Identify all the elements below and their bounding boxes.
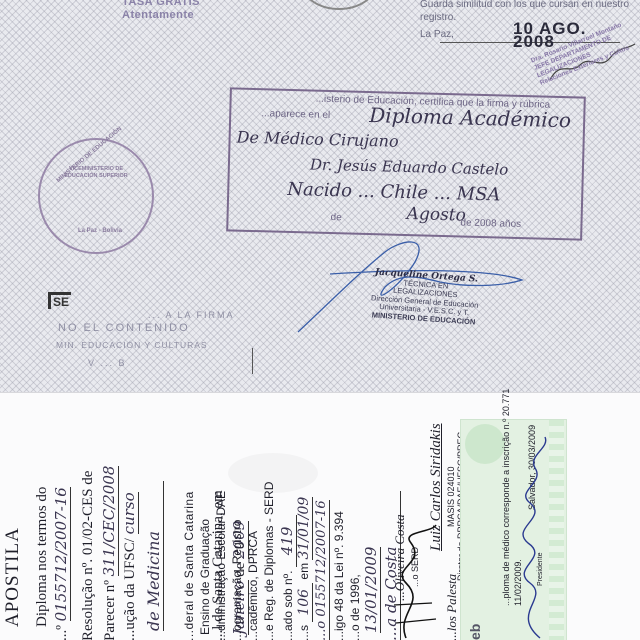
stamp-printed-year: de 2008 años [460,217,521,230]
printed-text: ...s [297,625,311,640]
apostila-line-1: Diploma nos termos do [34,487,51,627]
handwritten-course: curso [120,492,139,534]
stamp-printed-line: ...aparece en el [261,108,330,121]
printed-text: ...ado sob nº. [281,571,295,640]
cremeb-seal-icon [465,424,505,464]
ufsc-line: ...ogramação, Registro [230,520,244,640]
handwritten-diploma-type: Diploma Académico [369,103,571,132]
fee-stamp: TASA GRATIS Atentamente [122,0,200,22]
ufsc-line: ...cadêmico, DPRCA [246,531,260,640]
legalization-stamp: ...isterio de Educación, certifica que l… [226,87,586,240]
cremeb-logo-icon: eb [467,624,483,640]
apostila-line-3: Resolução nº. 01/02-CES de [80,471,97,640]
se-logo-icon: SE [48,292,71,309]
ufsc-law-line: ...igo 48 da Lei nº. 9.394 [332,511,346,640]
cremeb-certificate: eb ...ploma de médico corresponde a insc… [460,419,567,640]
handwritten-course-name: de Medicina [144,481,164,631]
seal-inner-line: VICEMINISTERIO DE [64,166,128,173]
ufsc-line: ...dministração Escolar-DAE [214,491,228,640]
se-stamp-line: V ... B [88,358,127,368]
ufsc-book-line: ...s 106 em 31/01/09 [296,497,312,640]
printed-text: em [297,563,311,580]
stamp-bracket [252,348,253,374]
cremeb-date-line: 11/02/2009. [513,559,523,606]
handwritten-book-number: 106 [296,583,313,622]
fee-stamp-line1: TASA GRATIS [122,0,200,9]
handwritten-process-number: 0155712/2007-16 [52,487,71,621]
fee-stamp-line2: Atentamente [122,9,200,22]
se-stamp-line: NO EL CONTENIDO [58,322,190,334]
ufsc-registered-line: ...ado sob nº. 419 [278,515,296,640]
partial-seal-icon [302,0,376,10]
apostila-heading: APOSTILA [2,527,24,627]
ufsc-line: ...deral de Santa Catarina [182,491,196,640]
city-label: La Paz, [420,29,454,40]
se-stamp-line: ... A LA FIRMA [148,310,235,320]
brazilian-apostille-page: APOSTILA Diploma nos termos do ...º 0155… [0,392,640,640]
handwritten-process: ...o 0155712/2007-16 [314,500,330,640]
se-disclaimer-stamp: SE ... A LA FIRMA NO EL CONTENIDO MIN. E… [48,288,258,372]
seal-ring-bottom: La Paz - Bolivia [78,228,122,234]
handwritten-month: Agosto [406,204,466,226]
ufsc-line: ...e Reg. de Diplomas - SERD [262,482,276,640]
seal-inner: VICEMINISTERIO DE EDUCACIÓN SUPERIOR [64,166,128,180]
signatory-left-role: ...o SERD [410,547,420,587]
handwritten-book-date: 31/01/09 [296,497,313,560]
cremeb-role: Presidente [537,553,544,586]
seal-inner-line: EDUCACIÓN SUPERIOR [64,173,128,180]
stamp-printed-de: de [330,212,341,223]
certification-block: Guarda similitud con los que cursan en n… [420,0,630,24]
se-stamp-line: MIN. EDUCACIÓN Y CULTURAS [56,340,208,350]
handwritten-parecer: 311/CEC/2008 [100,466,119,577]
cremeb-place-date: Salvador, 30/03/2009 [527,425,537,510]
signatory-right-id: MASIS 024010 [446,466,456,527]
printed-text: ...º [54,625,70,640]
signatory-right-name: Luiz Carlos Siridakis [428,423,445,551]
handwritten-degree: De Médico Cirujano [236,128,398,151]
printed-text: ...ução da UFSC/ [122,538,138,640]
guilloche-border [549,420,564,640]
printed-text: Parecer nº [102,580,118,640]
ufsc-line: Ensino de Graduação [198,519,212,635]
handwritten-extra: Nacido ... Chile ... MSA [287,179,501,206]
signatory-left-name: ...Oliveira Costa [392,514,408,601]
technician-signature-block: Jacqueline Ortega S. TÉCNICA EN LEGALIZA… [368,268,481,327]
handwritten-date: 13/01/2009 [362,547,381,633]
apostila-line-4: Parecer nº 311/CEC/2008 [100,466,119,640]
cremeb-text: ...ploma de médico corresponde a inscriç… [501,389,511,606]
ufsc-law-date: ...o de 1996, [348,574,362,640]
bolivian-legalization-page: TASA GRATIS Atentamente Guarda similitud… [0,0,640,392]
signatory-middle-name: ...los Palesta [444,574,460,640]
ministry-round-seal: MINISTERIO DE EDUCACIÓN VICEMINISTERIO D… [38,138,154,254]
apostila-line-5: ...ução da UFSC/ curso [120,492,139,640]
apostila-line-2: ...º 0155712/2007-16 [52,487,71,640]
handwritten-registration-number: 419 [278,515,297,568]
handwritten-holder-name: Dr. Jesús Eduardo Castelo [310,155,509,178]
printed-text: Diploma nos termos do [34,487,50,627]
